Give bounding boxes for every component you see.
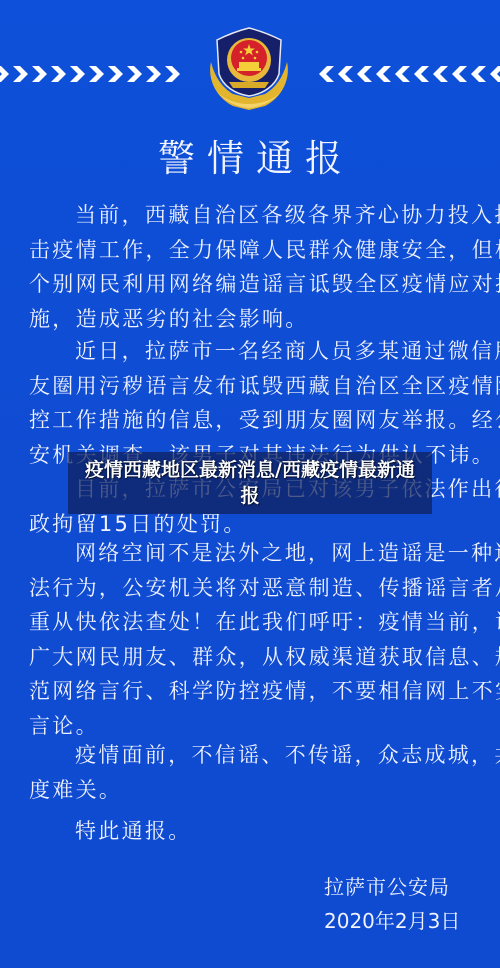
text-line: 控工作措施的信息，受到朋友圈网友举报。经公: [29, 403, 477, 438]
chevron-right-icon: [30, 64, 49, 84]
notice-title: 警情通报: [0, 134, 500, 184]
police-emblem-icon: [203, 22, 295, 112]
article-title[interactable]: 疫情西藏地区最新消息/西藏疫情最新通报: [85, 457, 415, 509]
chevron-right-icon: [163, 64, 182, 84]
text-line: 广大网民朋友、群众，从权威渠道获取信息、规: [29, 640, 477, 675]
chevron-right-icon: [0, 64, 11, 84]
chevron-left-icon: [469, 64, 488, 84]
text-line: 友圈用污秽语言发布诋毁西藏自治区全区疫情防: [29, 369, 477, 404]
chevron-right-icon: [87, 64, 106, 84]
text-line: 网络空间不是法外之地，网上造谣是一种违: [29, 536, 477, 571]
text-line: 度难关。: [29, 773, 477, 808]
chevron-left-icon: [374, 64, 393, 84]
text-line: 特此通报。: [29, 814, 477, 849]
chevron-left-icon: [412, 64, 431, 84]
text-line: 当前，西藏自治区各级各界齐心协力投入抗: [29, 198, 477, 233]
chevron-left-icon: [431, 64, 450, 84]
paragraph-3: 网络空间不是法外之地，网上造谣是一种违 法行为，公安机关将对恶意制造、传播谣言者…: [29, 536, 477, 743]
text-line: 击疫情工作，全力保障人民群众健康安全，但极: [29, 233, 477, 268]
signature-date: 2020年2月3日: [324, 904, 460, 938]
text-line: 范网络言行、科学防控疫情，不要相信网上不实: [29, 674, 477, 709]
chevron-right-icon: [125, 64, 144, 84]
chevron-left-icon: [488, 64, 500, 84]
left-chevron-strip: [0, 64, 182, 84]
header-banner: [0, 0, 500, 115]
text-line: 疫情面前，不信谣、不传谣，众志成城，共: [29, 738, 477, 773]
right-chevron-strip: [317, 64, 500, 84]
chevron-right-icon: [144, 64, 163, 84]
paragraph-4: 疫情面前，不信谣、不传谣，众志成城，共 度难关。: [29, 738, 477, 807]
text-line: 施，造成恶劣的社会影响。: [29, 302, 477, 337]
chevron-left-icon: [393, 64, 412, 84]
chevron-right-icon: [49, 64, 68, 84]
text-line: 近日，拉萨市一名经商人员多某通过微信朋: [29, 334, 477, 369]
paragraph-5: 特此通报。: [29, 814, 477, 849]
paragraph-1: 当前，西藏自治区各级各界齐心协力投入抗 击疫情工作，全力保障人民群众健康安全，但…: [29, 198, 477, 336]
text-line: 法行为，公安机关将对恶意制造、传播谣言者从: [29, 571, 477, 606]
chevron-left-icon: [336, 64, 355, 84]
text-line: 重从快依法查处！在此我们呼吁：疫情当前，请: [29, 605, 477, 640]
chevron-left-icon: [450, 64, 469, 84]
chevron-left-icon: [355, 64, 374, 84]
signature-organization: 拉萨市公安局: [324, 870, 450, 904]
chevron-right-icon: [106, 64, 125, 84]
text-line: 个别网民利用网络编造谣言诋毁全区疫情应对措: [29, 267, 477, 302]
article-title-overlay[interactable]: 疫情西藏地区最新消息/西藏疫情最新通报: [68, 452, 432, 514]
chevron-right-icon: [68, 64, 87, 84]
chevron-left-icon: [317, 64, 336, 84]
chevron-right-icon: [11, 64, 30, 84]
